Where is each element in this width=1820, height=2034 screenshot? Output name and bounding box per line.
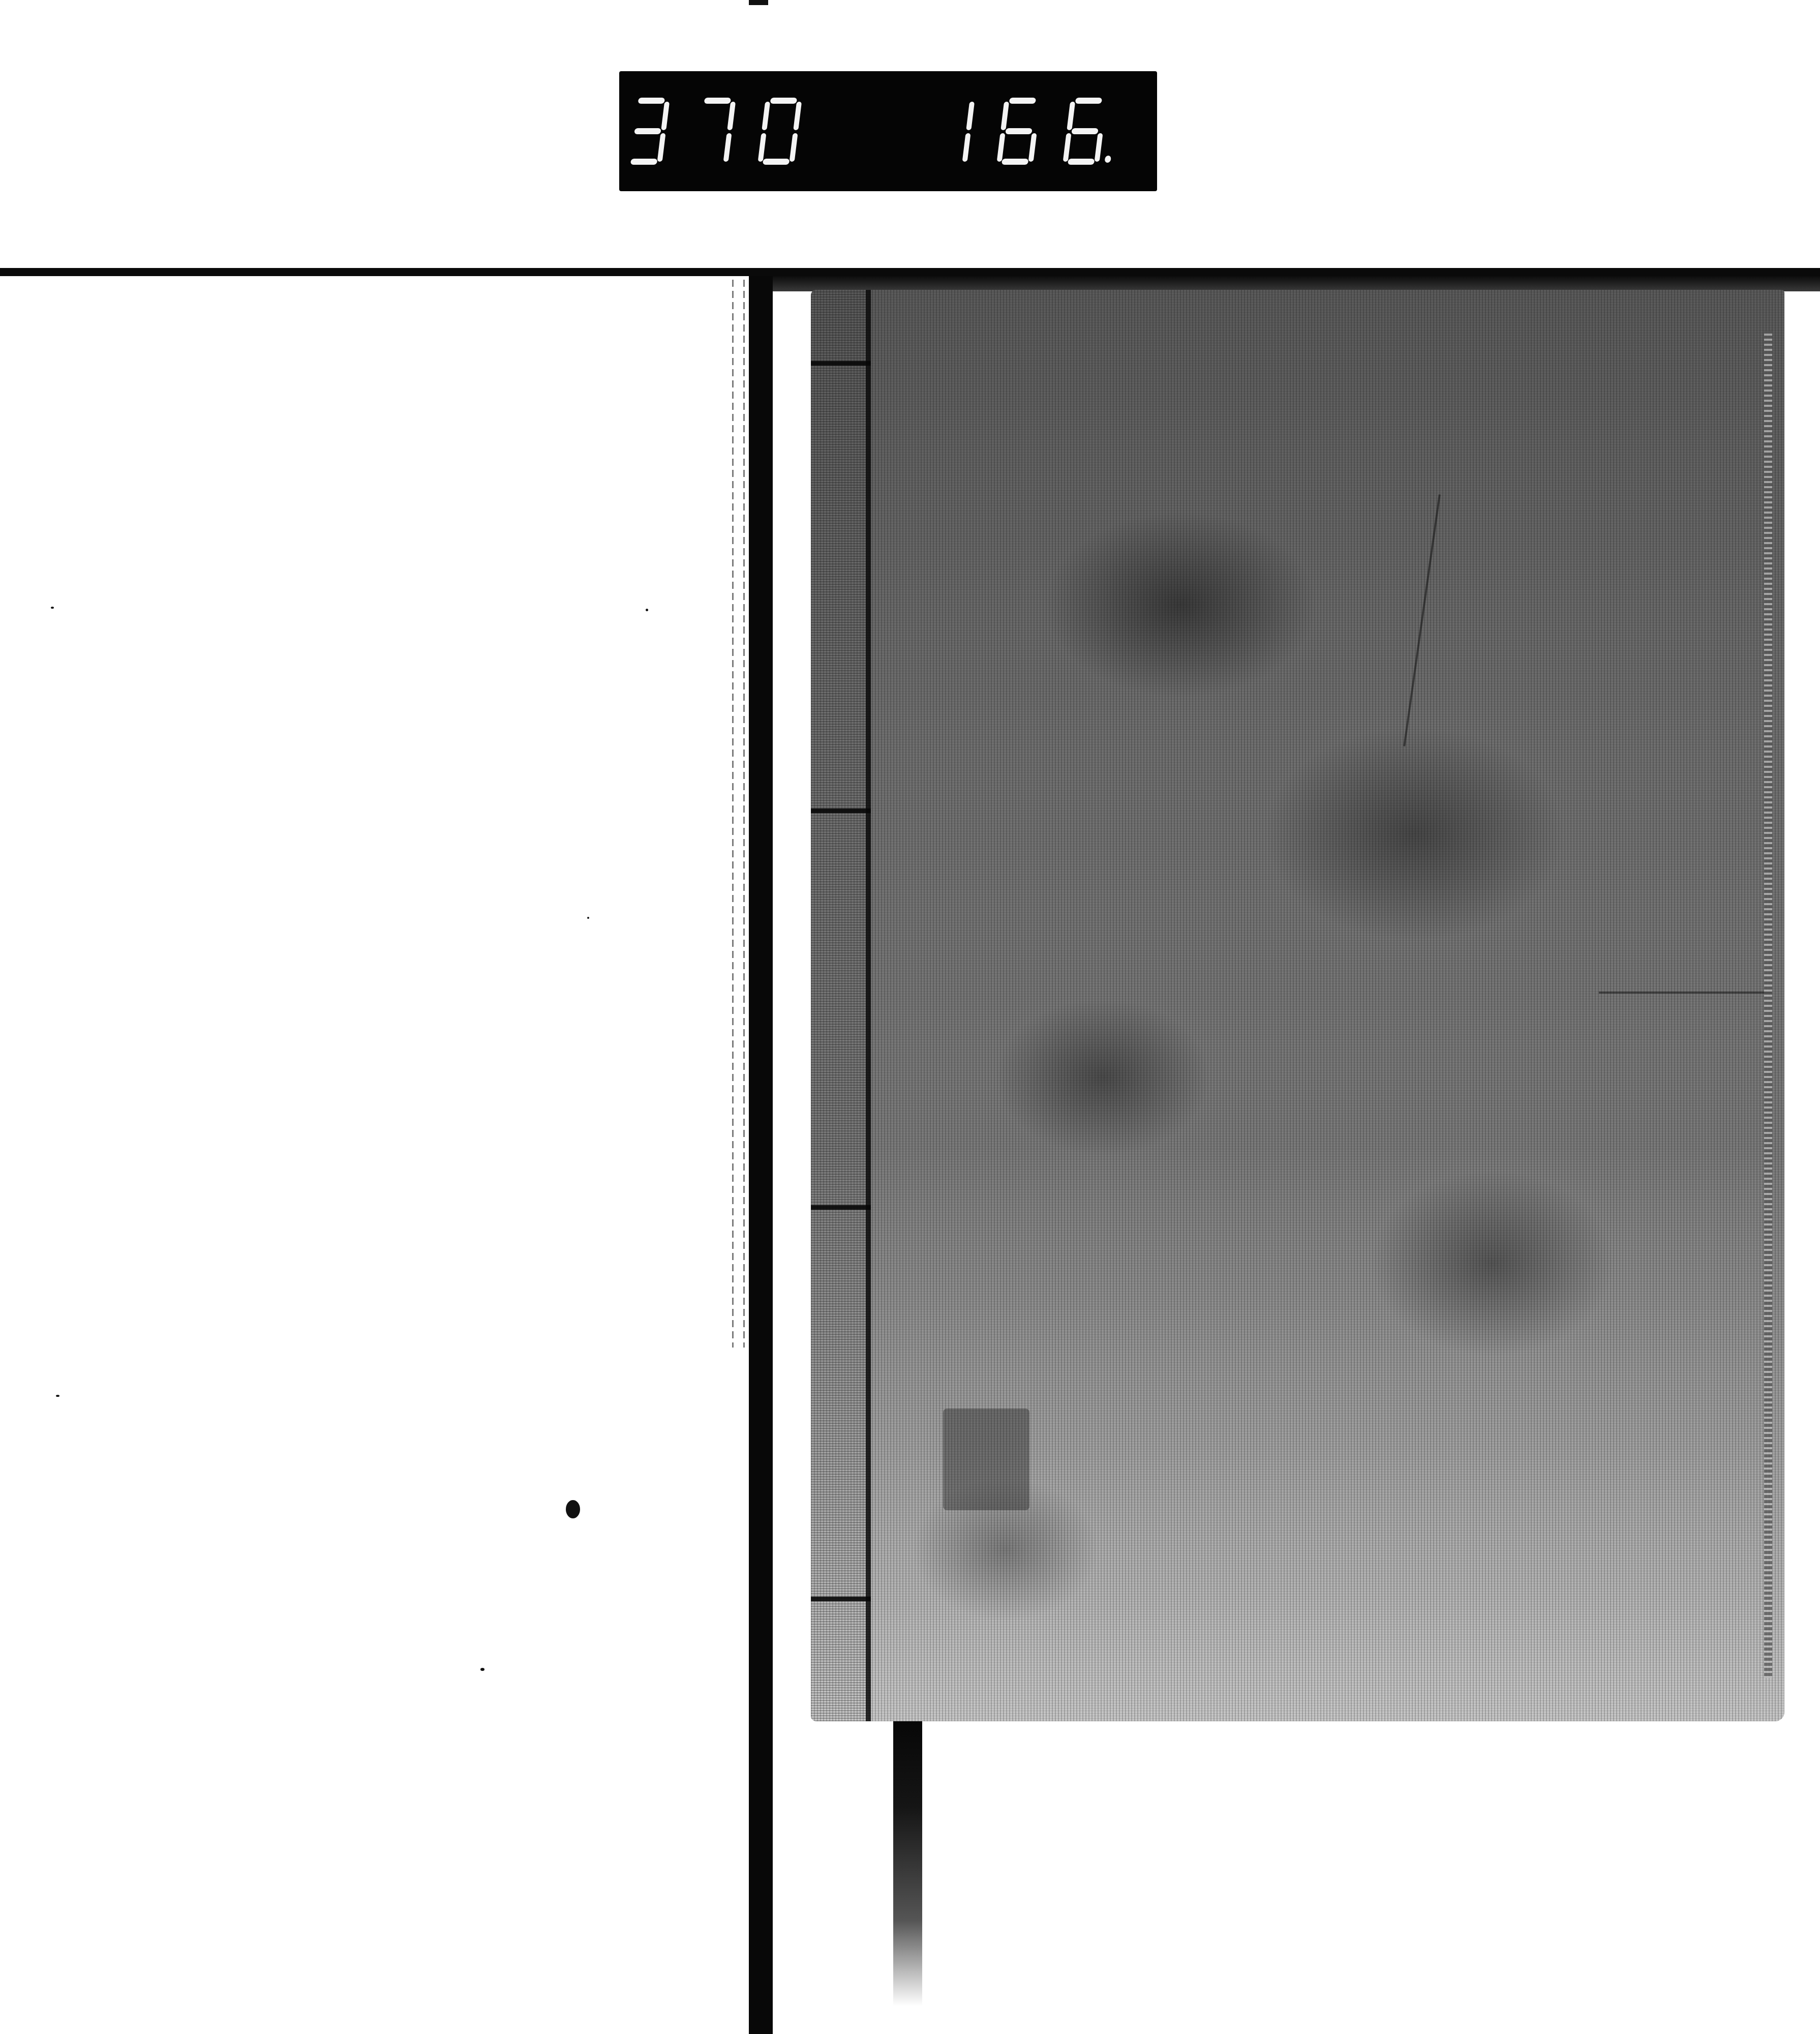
left-blank-page	[0, 276, 742, 2034]
seven-segment-digit	[691, 98, 736, 165]
page-edges	[1764, 331, 1772, 1678]
film-edge-mark	[749, 0, 768, 5]
gutter-edge-line	[743, 280, 745, 1348]
binding-stitch	[811, 809, 871, 813]
seven-segment-digit	[930, 98, 975, 165]
faded-seal-mark	[943, 1409, 1029, 1510]
dust-speck	[56, 1395, 59, 1397]
gutter-edge-line	[732, 280, 734, 1348]
seven-segment-digit	[1063, 98, 1107, 165]
dust-speck	[566, 1500, 580, 1518]
binding-stitch	[811, 1205, 871, 1210]
reel-number	[629, 71, 828, 191]
frame-counter	[619, 71, 1157, 191]
frame-number	[934, 71, 1133, 191]
dust-speck	[51, 607, 54, 609]
dust-speck	[587, 917, 589, 919]
dust-speck	[646, 609, 648, 611]
book-cover	[811, 290, 1784, 1721]
bookmark-ribbon	[893, 1721, 922, 2006]
book-spine	[811, 290, 871, 1721]
cover-crease	[1403, 494, 1441, 746]
cover-crease	[1599, 992, 1772, 994]
binding-stitch	[811, 1597, 871, 1601]
center-divider-bar	[749, 276, 773, 2034]
seven-segment-digit	[757, 98, 802, 165]
binding-stitch	[811, 361, 871, 366]
decimal-point	[1104, 156, 1111, 163]
seven-segment-digit	[996, 98, 1041, 165]
frame-top-rule	[0, 268, 1820, 276]
dust-speck	[480, 1668, 484, 1671]
book-top-edge	[773, 276, 1820, 291]
seven-segment-digit	[625, 98, 670, 165]
